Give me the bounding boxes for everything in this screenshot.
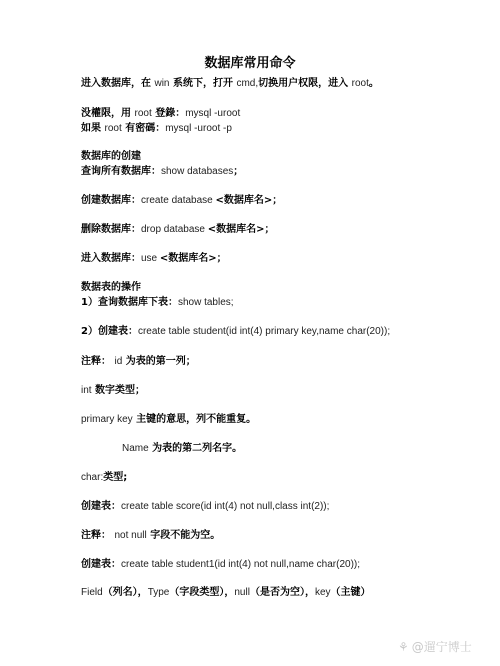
line-text-chinese: 数据表的操作	[81, 282, 141, 293]
line-text-command: char:	[81, 472, 103, 483]
line-text-chinese: 2）创建表：	[81, 326, 138, 337]
line-text-chinese: 字段不能为空。	[147, 530, 220, 541]
line-text-chinese: 数字类型；	[92, 385, 145, 396]
text-line: 没權限，用 root 登錄：mysql -uroot	[81, 107, 240, 121]
text-line: 注释： not null 字段不能为空。	[81, 529, 220, 543]
line-text-command: create table student1(id int(4) not null…	[121, 559, 360, 570]
text-line: 如果 root 有密碼：mysql -uroot -p	[81, 122, 232, 136]
line-text-chinese: <数据库名>；	[208, 224, 275, 235]
line-text-command: int	[81, 385, 92, 396]
line-text-command: root	[352, 78, 369, 89]
text-line: 数据库的创建	[81, 150, 141, 164]
text-line: 数据表的操作	[81, 281, 141, 295]
line-text-command: mysql -uroot -p	[165, 123, 232, 134]
line-text-command: primary key	[81, 414, 133, 425]
line-text-command: use	[141, 253, 160, 264]
line-text-command: null	[234, 587, 250, 598]
line-text-chinese: （主键）	[331, 587, 371, 598]
text-line: primary key 主键的意思，列不能重复。	[81, 413, 256, 427]
line-text-chinese: 没權限，用	[81, 108, 134, 119]
line-text-command: drop database	[141, 224, 208, 235]
text-line: 进入数据库：use <数据库名>；	[81, 252, 227, 266]
line-text-chinese: 登錄：	[152, 108, 185, 119]
line-text-chinese: 为表的第一列；	[122, 356, 195, 367]
line-text-chinese: 1）查询数据库下表：	[81, 297, 178, 308]
line-text-command: Type	[148, 587, 170, 598]
line-text-chinese: 进入数据库：	[81, 253, 141, 264]
text-line: 2）创建表：create table student(id int(4) pri…	[81, 325, 390, 339]
text-line: 注释： id 为表的第一列；	[81, 355, 196, 369]
line-text-chinese: 创建数据库：	[81, 195, 141, 206]
line-text-command: create table score(id int(4) not null,cl…	[121, 501, 329, 512]
line-text-chinese: （字段类型），	[169, 587, 234, 598]
line-text-chinese: 。	[369, 78, 379, 89]
line-text-command: Field	[81, 587, 103, 598]
text-line: 创建表：create table student1(id int(4) not …	[81, 558, 360, 572]
line-text-chinese: <数据库名>；	[160, 253, 227, 264]
text-line: 查询所有数据库：show databases；	[81, 165, 243, 179]
line-text-command: cmd,	[236, 78, 258, 89]
line-text-command: mysql -uroot	[185, 108, 240, 119]
text-line: Field（列名），Type（字段类型），null（是否为空），key（主键）	[81, 586, 371, 600]
line-text-chinese: 创建表：	[81, 501, 121, 512]
line-text-chinese: <数据库名>；	[216, 195, 283, 206]
text-line: 删除数据库：drop database <数据库名>；	[81, 223, 274, 237]
watermark: ⚘@遛宁博士	[398, 638, 472, 655]
line-text-chinese: 如果	[81, 123, 104, 134]
text-line: Name 为表的第二列名字。	[122, 442, 242, 456]
line-text-command: Name	[122, 443, 149, 454]
watermark-text: @遛宁博士	[412, 640, 472, 654]
page-title: 数据库常用命令	[0, 52, 500, 71]
line-text-chinese: 创建表：	[81, 559, 121, 570]
line-text-chinese: （是否为空），	[250, 587, 315, 598]
line-text-chinese: 主键的意思，列不能重复。	[133, 414, 256, 425]
line-text-command: show databases	[161, 166, 233, 177]
line-text-chinese: 注释：	[81, 530, 114, 541]
paw-icon: ⚘	[398, 640, 409, 654]
text-line: 创建数据库：create database <数据库名>；	[81, 194, 282, 208]
text-line: 1）查询数据库下表：show tables;	[81, 296, 234, 310]
line-text-command: key	[315, 587, 331, 598]
line-text-chinese: 有密碼：	[122, 123, 165, 134]
line-text-chinese: 为表的第二列名字。	[149, 443, 242, 454]
line-text-chinese: 进入数据库，在	[81, 78, 154, 89]
line-text-command: show tables;	[178, 297, 234, 308]
line-text-chinese: 切换用户权限，进入	[258, 78, 351, 89]
text-line: char:类型;	[81, 471, 127, 485]
line-text-chinese: 删除数据库：	[81, 224, 141, 235]
line-text-chinese: 查询所有数据库：	[81, 166, 161, 177]
line-text-chinese: 系统下，打开	[170, 78, 237, 89]
line-text-chinese: （列名），	[103, 587, 148, 598]
line-text-chinese: ；	[233, 166, 243, 177]
line-text-command: create table student(id int(4) primary k…	[138, 326, 390, 337]
line-text-chinese: 类型;	[103, 472, 127, 483]
line-text-command: win	[154, 78, 169, 89]
document-page: 数据库常用命令 进入数据库，在 win 系统下，打开 cmd,切换用户权限，进入…	[0, 0, 500, 666]
line-text-command: root	[134, 108, 151, 119]
line-text-command: not null	[114, 530, 146, 541]
text-line: 进入数据库，在 win 系统下，打开 cmd,切换用户权限，进入 root。	[81, 77, 379, 91]
line-text-chinese: 注释：	[81, 356, 114, 367]
line-text-chinese: 数据库的创建	[81, 151, 141, 162]
line-text-command: create database	[141, 195, 216, 206]
line-text-command: root	[104, 123, 121, 134]
text-line: 创建表：create table score(id int(4) not nul…	[81, 500, 329, 514]
text-line: int 数字类型；	[81, 384, 145, 398]
